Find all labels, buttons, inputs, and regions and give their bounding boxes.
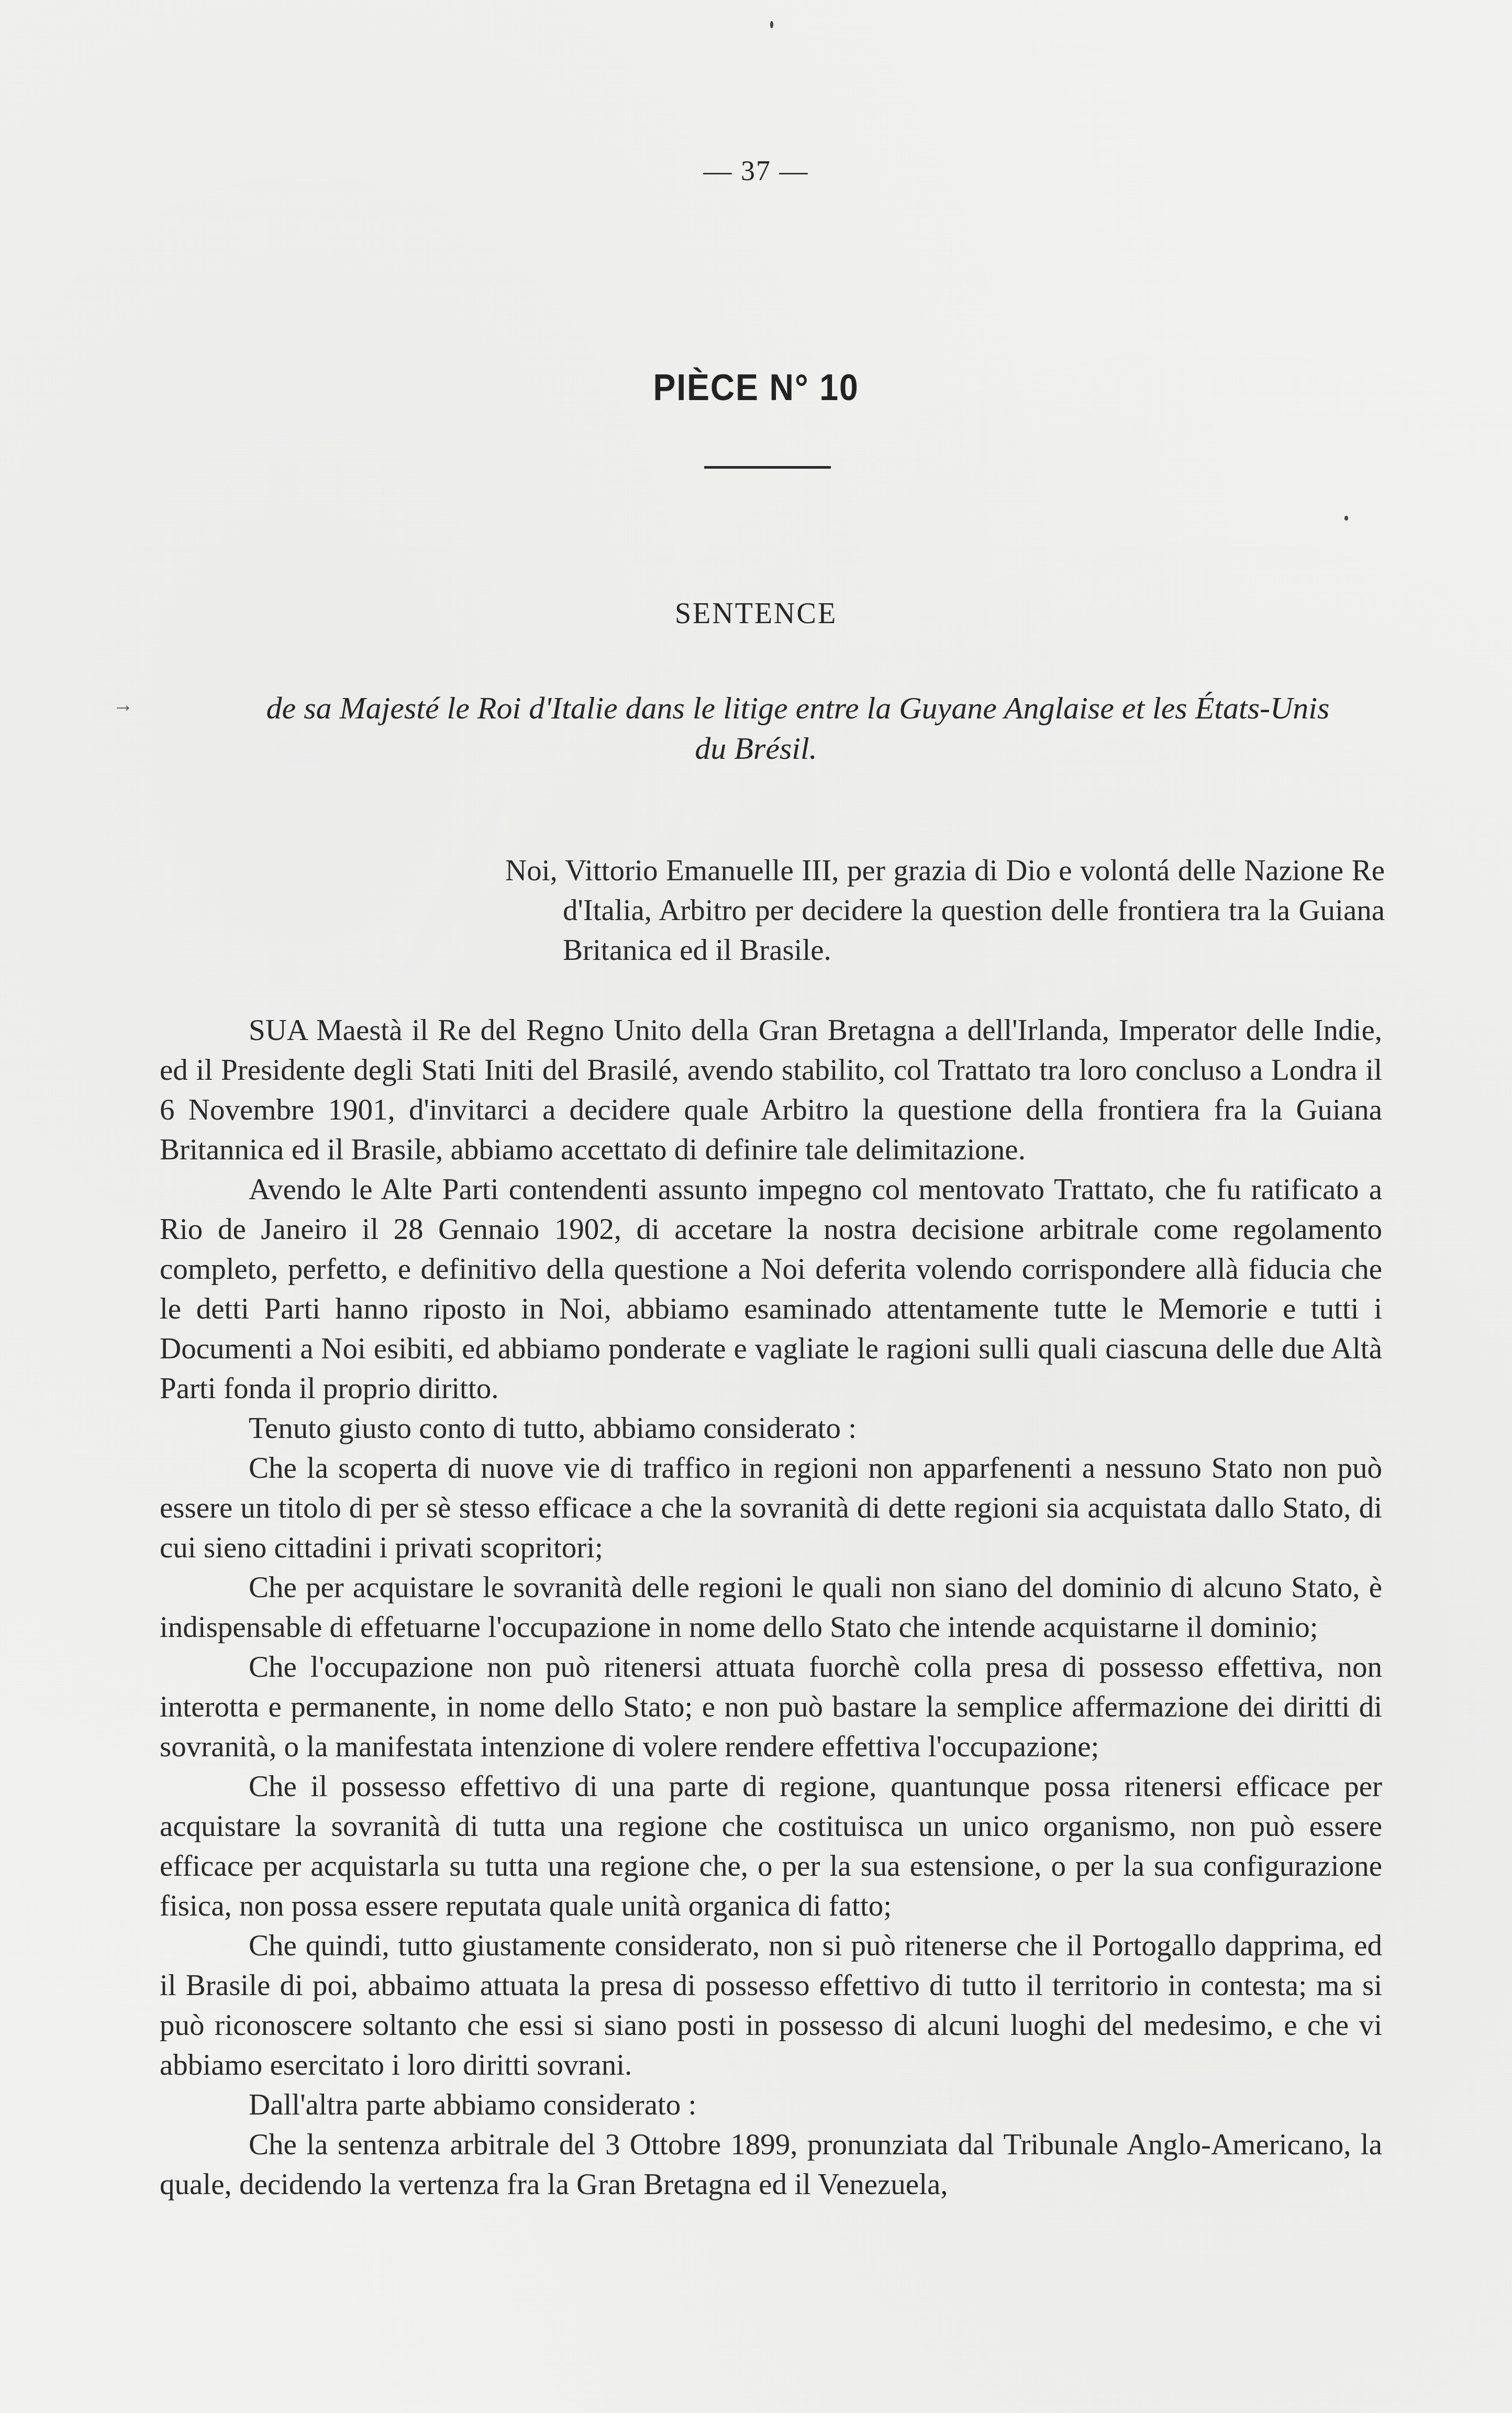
preamble-block: Noi, Vittorio Emanuelle III, per grazia … <box>505 851 1385 970</box>
scan-speck <box>770 21 773 28</box>
paragraph-1899-award: Che la sentenza arbitrale del 3 Ottobre … <box>160 2125 1382 2205</box>
body-text: SUA Maestà il Re del Regno Unito della G… <box>160 1011 1382 2205</box>
paragraph-ratification: Avendo le Alte Parti contendenti assunto… <box>160 1170 1382 1409</box>
paragraph-effective-possession: Che l'occupazione non può ritenersi attu… <box>160 1647 1382 1767</box>
paragraph-portugal-brazil: Che quindi, tutto giustamente considerat… <box>160 1926 1382 2085</box>
scan-speck <box>1344 516 1348 521</box>
paragraph-considered: Tenuto giusto conto di tutto, abbiamo co… <box>160 1409 1382 1448</box>
page-number: — 37 — <box>0 154 1512 187</box>
piece-title: PIÈCE N° 10 <box>61 367 1452 408</box>
subtitle-line-2: du Brésil. <box>0 730 1512 767</box>
title-separator <box>704 466 831 469</box>
document-page: — 37 — PIÈCE N° 10 SENTENCE → de sa Maje… <box>0 0 1512 2413</box>
preamble-text: Noi, Vittorio Emanuelle III, per grazia … <box>505 851 1385 970</box>
subtitle-line-1: de sa Majesté le Roi d'Italie dans le li… <box>42 690 1512 726</box>
paragraph-discovery: Che la scoperta di nuove vie di traffico… <box>160 1448 1382 1568</box>
paragraph-partial-possession: Che il possesso effettivo di una parte d… <box>160 1767 1382 1926</box>
paragraph-occupation-required: Che per acquistare le sovranità delle re… <box>160 1568 1382 1647</box>
sentence-heading: SENTENCE <box>0 597 1512 630</box>
paragraph-treaty: SUA Maestà il Re del Regno Unito della G… <box>160 1011 1382 1170</box>
paragraph-other-side: Dall'altra parte abbiamo considerato : <box>160 2085 1382 2125</box>
